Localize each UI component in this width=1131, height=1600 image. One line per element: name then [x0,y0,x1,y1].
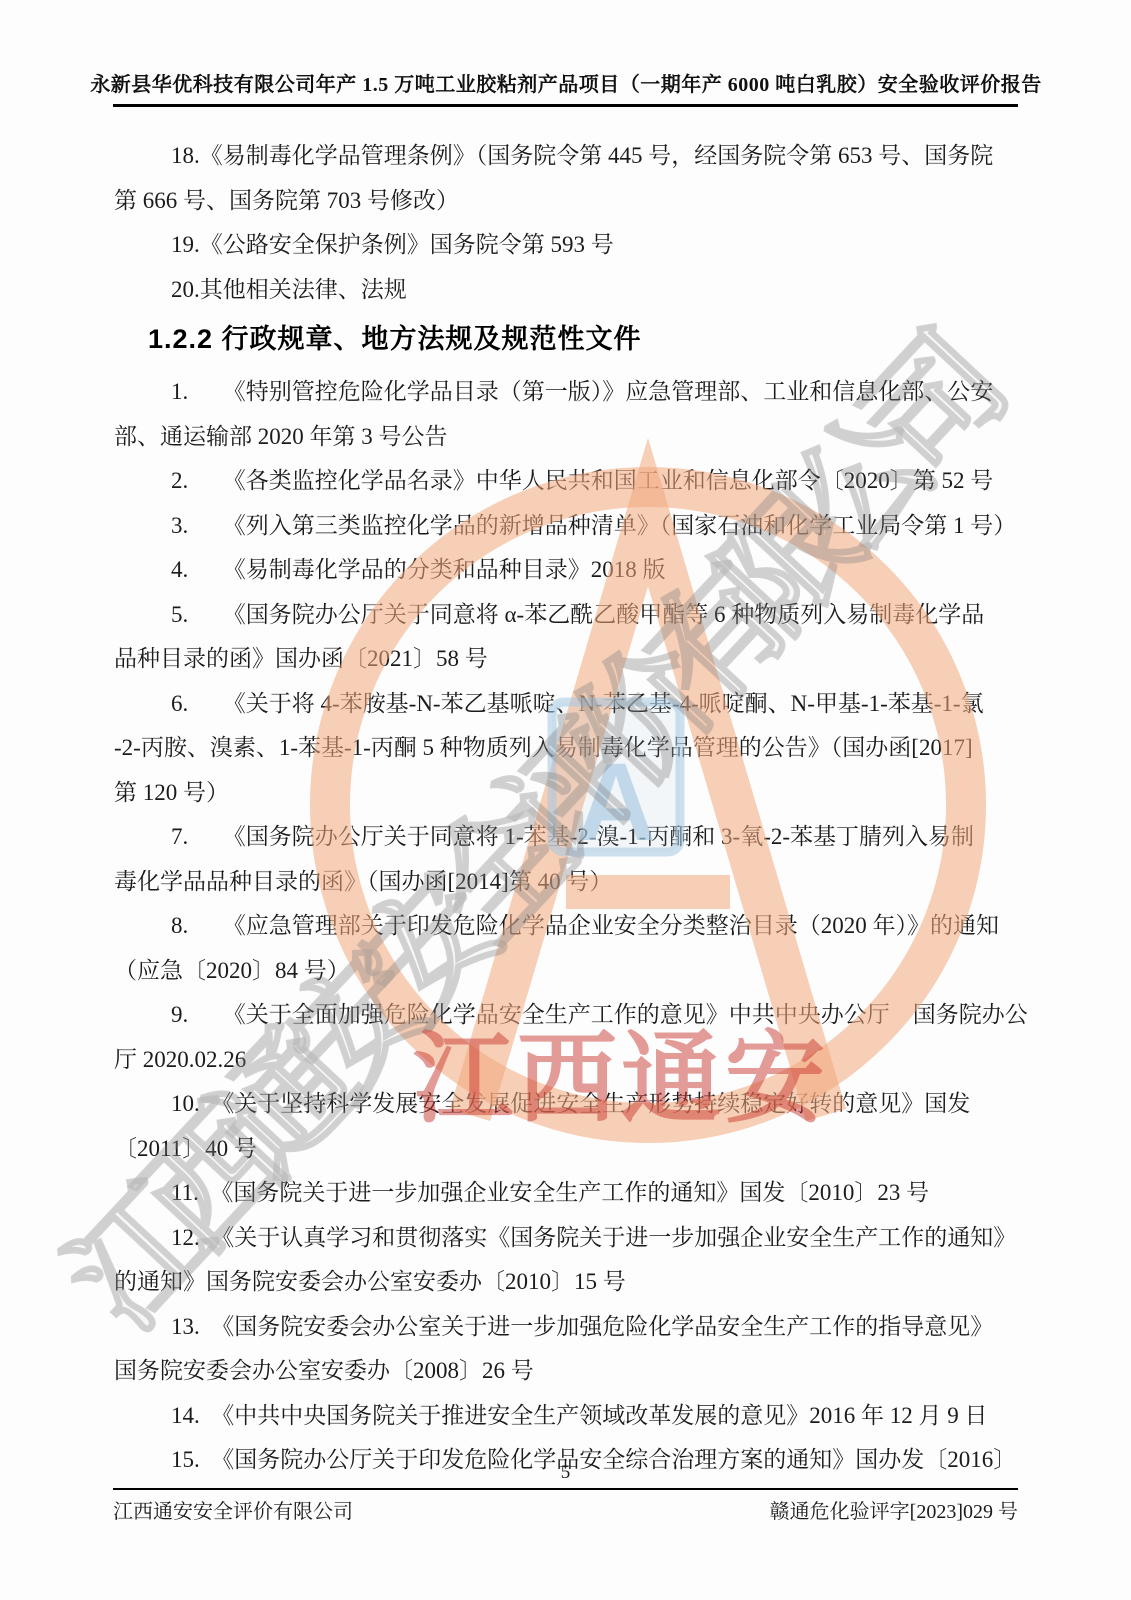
document-page: 永新县华优科技有限公司年产 1.5 万吨工业胶粘剂产品项目（一期年产 6000 … [0,0,1131,1600]
body-line: 的通知》国务院安委会办公室安委办〔2010〕15 号 [114,1260,1018,1305]
body-line: 14. 《中共中央国务院关于推进安全生产领域改革发展的意见》2016 年 12 … [114,1394,1018,1439]
footer-document-number: 赣通危化验评字[2023]029 号 [770,1495,1018,1524]
header-rule [113,104,1018,107]
body-line: 12. 《关于认真学习和贯彻落实《国务院关于进一步加强企业安全生产工作的通知》 [114,1216,1018,1261]
body-line: 第 666 号、国务院第 703 号修改） [114,179,1018,224]
page-header-title: 永新县华优科技有限公司年产 1.5 万吨工业胶粘剂产品项目（一期年产 6000 … [57,68,1075,97]
body-line: （应急〔2020〕84 号） [114,949,1018,994]
body-line: 品种目录的函》国办函〔2021〕58 号 [114,637,1018,682]
body-line: 7. 《国务院办公厅关于同意将 1-苯基-2-溴-1-丙酮和 3-氧-2-苯基丁… [114,815,1018,860]
document-body: 18.《易制毒化学品管理条例》（国务院令第 445 号，经国务院令第 653 号… [114,134,1018,1483]
body-line: 1. 《特别管控危险化学品目录（第一版）》应急管理部、工业和信息化部、公安 [114,370,1018,415]
footer-company: 江西通安安全评价有限公司 [113,1495,353,1524]
body-line: 20.其他相关法律、法规 [114,268,1018,313]
body-line: 5. 《国务院办公厅关于同意将 α-苯乙酰乙酸甲酯等 6 种物质列入易制毒化学品 [114,593,1018,638]
body-line: 部、通运输部 2020 年第 3 号公告 [114,415,1018,460]
body-line: 第 120 号） [114,771,1018,816]
body-line: 9. 《关于全面加强危险化学品安全生产工作的意见》中共中央办公厅 国务院办公 [114,993,1018,1038]
body-line: 19.《公路安全保护条例》国务院令第 593 号 [114,223,1018,268]
body-line: 〔2011〕40 号 [114,1127,1018,1172]
body-line: 国务院安委会办公室安委办〔2008〕26 号 [114,1349,1018,1394]
page-footer: 江西通安安全评价有限公司 赣通危化验评字[2023]029 号 [113,1495,1018,1524]
body-line: -2-丙胺、溴素、1-苯基-1-丙酮 5 种物质列入易制毒化学品管理的公告》（国… [114,726,1018,771]
body-line: 8. 《应急管理部关于印发危险化学品企业安全分类整治目录（2020 年）》的通知 [114,904,1018,949]
body-line: 4. 《易制毒化学品的分类和品种目录》2018 版 [114,548,1018,593]
body-line: 2. 《各类监控化学品名录》中华人民共和国工业和信息化部令〔2020〕第 52 … [114,459,1018,504]
body-line: 厅 2020.02.26 [114,1038,1018,1083]
page-number: 5 [0,1462,1131,1484]
footer-rule [113,1488,1018,1490]
body-line: 3. 《列入第三类监控化学品的新增品种清单》（国家石油和化学工业局令第 1 号） [114,504,1018,549]
body-line: 13. 《国务院安委会办公室关于进一步加强危险化学品安全生产工作的指导意见》 [114,1305,1018,1350]
body-line: 18.《易制毒化学品管理条例》（国务院令第 445 号，经国务院令第 653 号… [114,134,1018,179]
body-line: 6. 《关于将 4-苯胺基-N-苯乙基哌啶、N-苯乙基-4-哌啶酮、N-甲基-1… [114,682,1018,727]
body-line: 11. 《国务院关于进一步加强企业安全生产工作的通知》国发〔2010〕23 号 [114,1171,1018,1216]
body-line: 10. 《关于坚持科学发展安全发展促进安全生产形势持续稳定好转的意见》国发 [114,1082,1018,1127]
section-heading: 1.2.2 行政规章、地方法规及规范性文件 [114,320,1018,358]
body-line: 毒化学品品种目录的函》（国办函[2014]第 40 号） [114,860,1018,905]
